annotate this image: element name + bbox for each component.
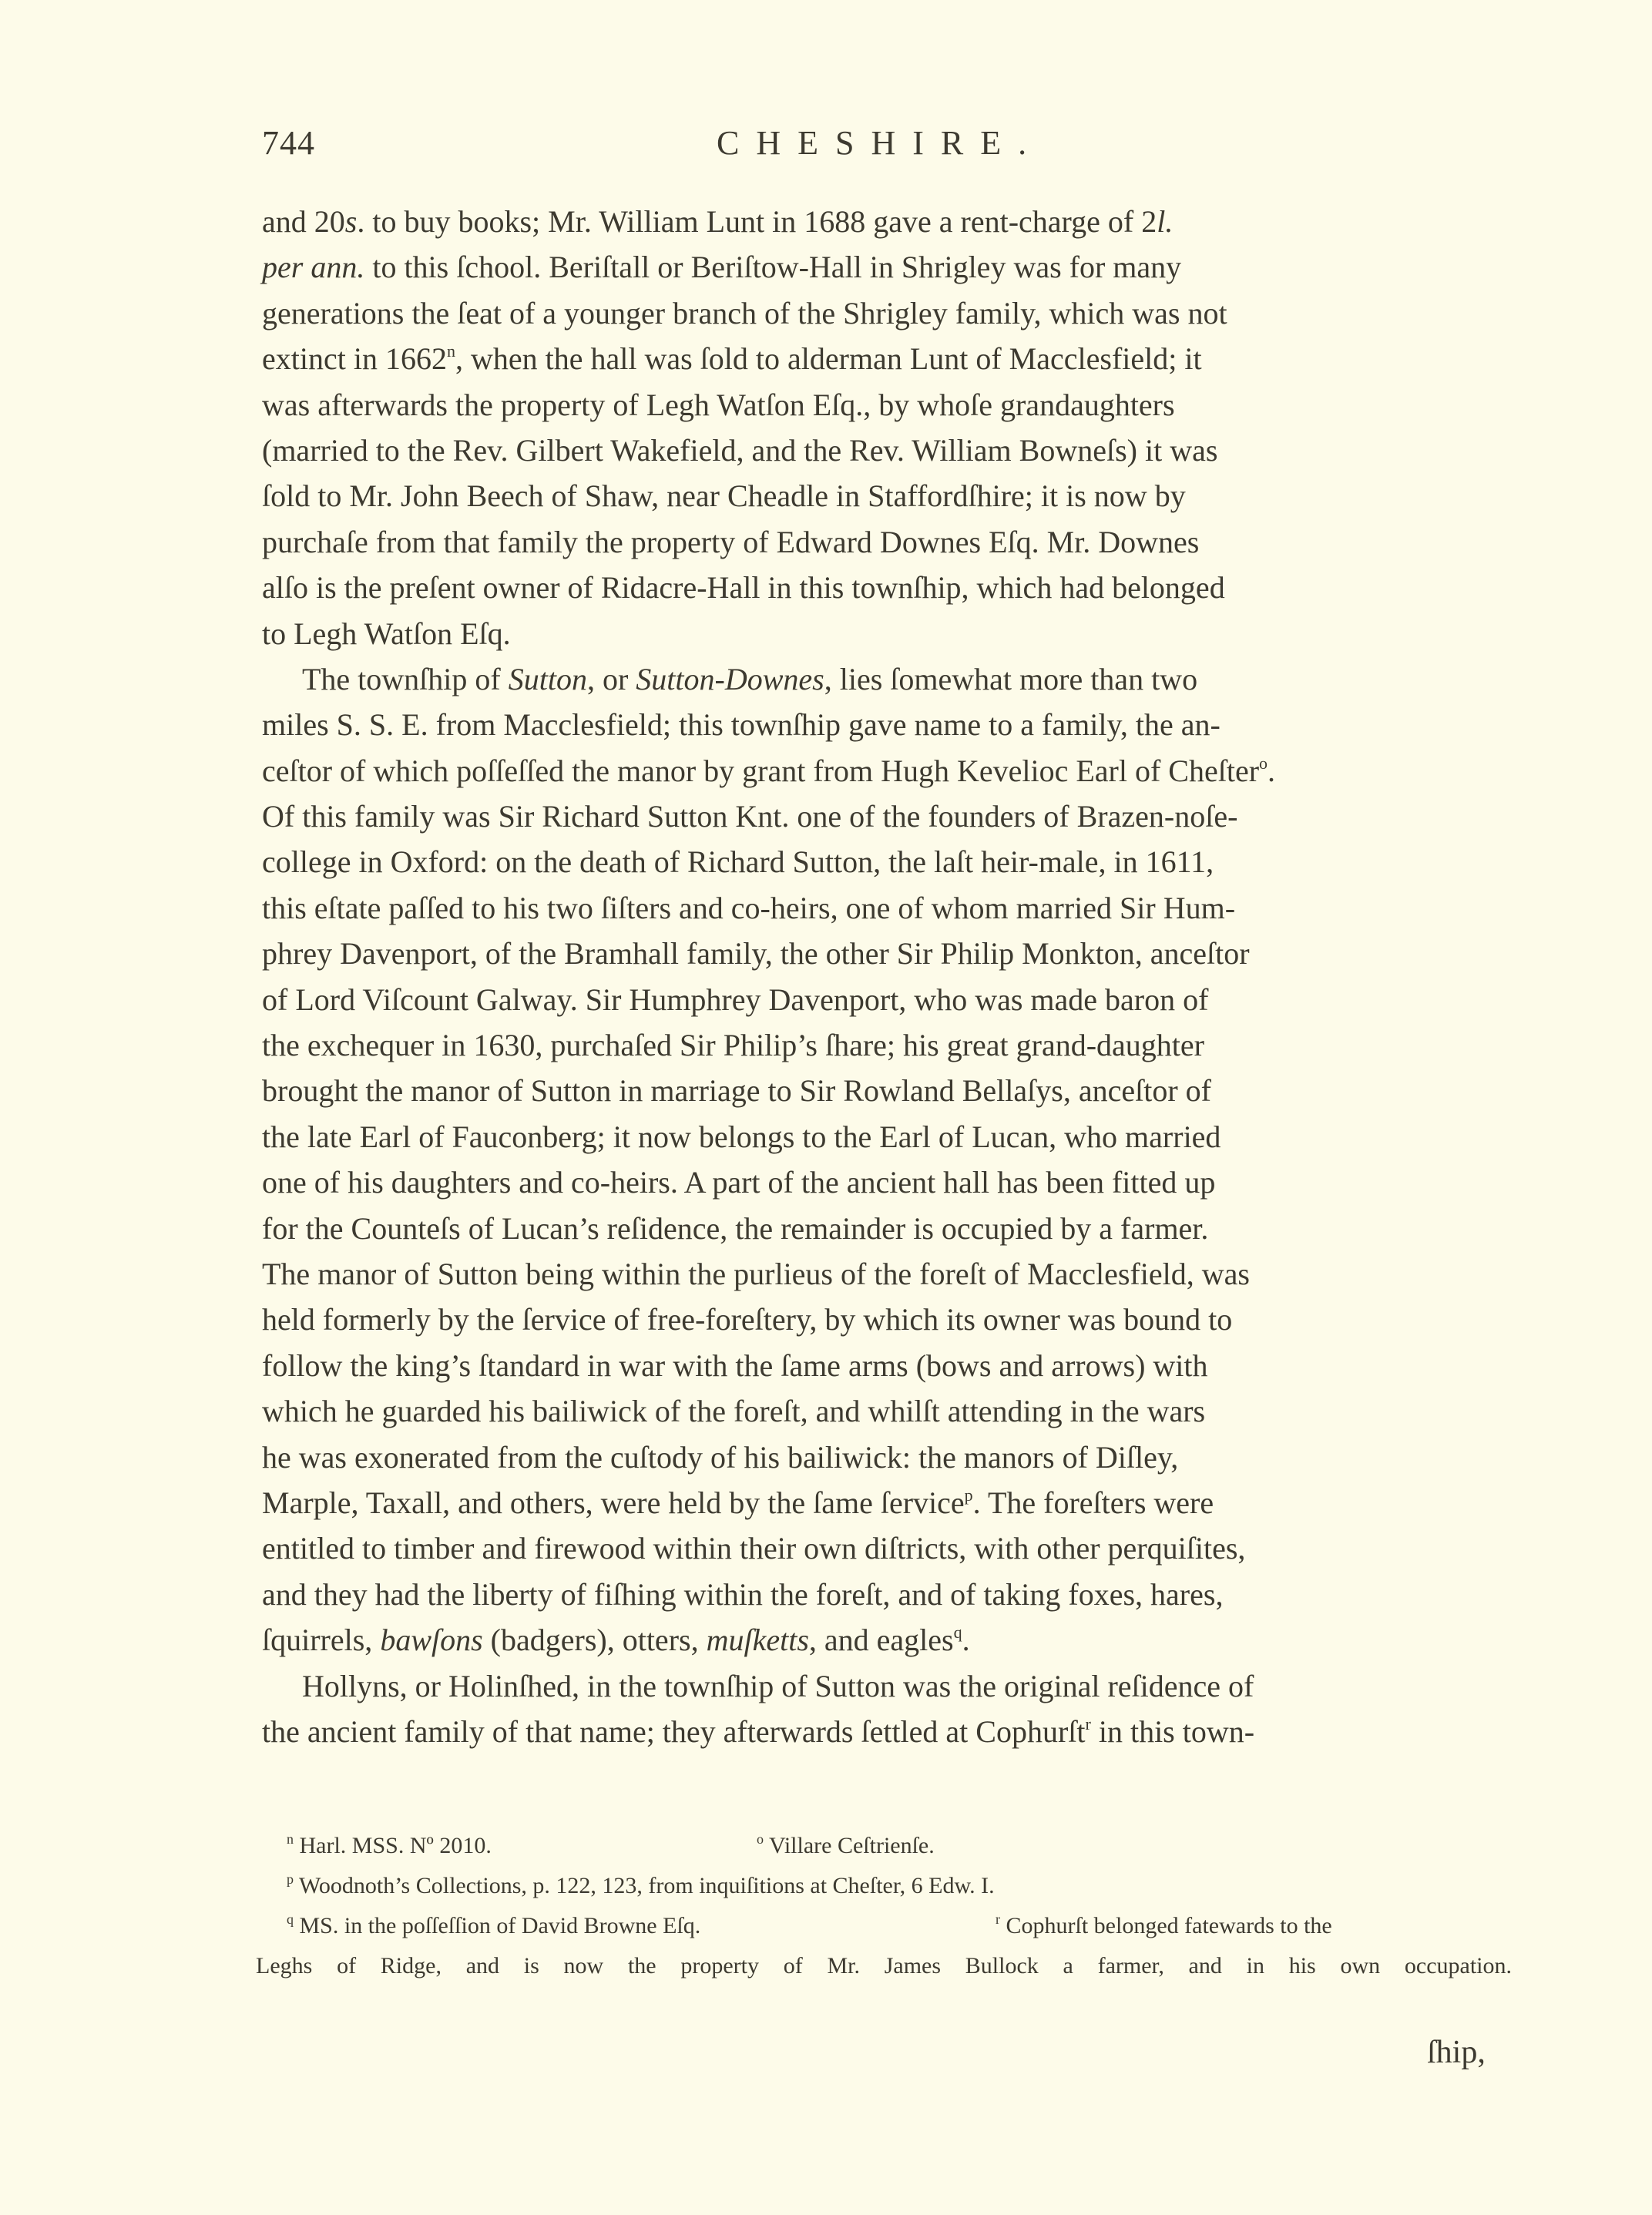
text-segment: phrey Davenport, of the Bramhall family,… bbox=[262, 936, 1250, 971]
footnote-text: Woodnoth’s Collections, p. 122, 123, fro… bbox=[299, 1873, 995, 1898]
text-segment: . bbox=[1268, 753, 1275, 788]
text-line: he was exonerated from the cuſtody of hi… bbox=[262, 1435, 1504, 1480]
text-segment: ceſtor of which poſſeſſed the manor by g… bbox=[262, 753, 1259, 788]
italic-text: bawſons bbox=[380, 1623, 482, 1657]
text-line: ſold to Mr. John Beech of Shaw, near Che… bbox=[262, 473, 1504, 519]
text-segment: ſquirrels, bbox=[262, 1623, 380, 1657]
text-line: and 20s. to buy books; Mr. William Lunt … bbox=[262, 199, 1504, 244]
text-line: follow the king’s ſtandard in war with t… bbox=[262, 1343, 1504, 1388]
text-segment: college in Oxford: on the death of Richa… bbox=[262, 844, 1214, 879]
text-segment: miles S. S. E. from Macclesfield; this t… bbox=[262, 707, 1221, 742]
running-head: 744 CHESHIRE. bbox=[262, 123, 1510, 169]
text-segment: and they had the liberty of fiſhing with… bbox=[262, 1577, 1223, 1612]
text-segment: the late Earl of Fauconberg; it now belo… bbox=[262, 1119, 1221, 1154]
footnote-reference: o bbox=[1259, 753, 1268, 773]
footnote-text: MS. in the poſſeſſion of David Browne Eſ… bbox=[300, 1913, 701, 1938]
text-segment: held formerly by the ſervice of free-for… bbox=[262, 1302, 1232, 1337]
italic-text: l. bbox=[1157, 204, 1173, 239]
text-segment: alſo is the preſent owner of Ridacre-Hal… bbox=[262, 570, 1225, 605]
text-segment: Marple, Taxall, and others, were held by… bbox=[262, 1485, 965, 1520]
text-segment: generations the ſeat of a younger branch… bbox=[262, 296, 1227, 331]
text-segment: one of his daughters and co-heirs. A par… bbox=[262, 1165, 1215, 1200]
text-segment: The manor of Sutton being within the pur… bbox=[262, 1257, 1250, 1291]
text-segment: of Lord Viſcount Galway. Sir Humphrey Da… bbox=[262, 982, 1208, 1017]
text-line: the ancient family of that name; they af… bbox=[262, 1709, 1504, 1754]
text-line: of Lord Viſcount Galway. Sir Humphrey Da… bbox=[262, 977, 1504, 1022]
footnote-row-2: p Woodnoth’s Collections, p. 122, 123, f… bbox=[287, 1866, 1512, 1906]
text-segment: he was exonerated from the cuſtody of hi… bbox=[262, 1440, 1178, 1475]
text-line: was afterwards the property of Legh Watſ… bbox=[262, 382, 1504, 428]
text-line: per ann. to this ſchool. Beriſtall or Be… bbox=[262, 244, 1504, 290]
footnotes: n Harl. MSS. Nº 2010. o Villare Ceſtrien… bbox=[287, 1826, 1512, 1986]
footnote-n: n Harl. MSS. Nº 2010. bbox=[287, 1833, 492, 1858]
text-line: Marple, Taxall, and others, were held by… bbox=[262, 1480, 1504, 1525]
footnote-p: p Woodnoth’s Collections, p. 122, 123, f… bbox=[287, 1873, 995, 1898]
text-segment: , when the hall was ſold to alderman Lun… bbox=[455, 341, 1202, 376]
text-line: The townſhip of Sutton, or Sutton-Downes… bbox=[262, 656, 1504, 702]
text-segment: follow the king’s ſtandard in war with t… bbox=[262, 1348, 1208, 1383]
text-line: extinct in 1662n, when the hall was ſold… bbox=[262, 336, 1504, 381]
page-number: 744 bbox=[262, 123, 315, 163]
footnote-reference: n bbox=[447, 341, 455, 361]
italic-text: Sutton-Downes bbox=[636, 662, 824, 696]
body-text: and 20s. to buy books; Mr. William Lunt … bbox=[262, 199, 1504, 1754]
footnote-q: q MS. in the poſſeſſion of David Browne … bbox=[287, 1913, 700, 1938]
text-segment: to Legh Watſon Eſq. bbox=[262, 616, 511, 651]
text-line: ceſtor of which poſſeſſed the manor by g… bbox=[262, 748, 1504, 794]
text-segment: , or bbox=[587, 662, 636, 696]
footnote-text: Harl. MSS. Nº 2010. bbox=[300, 1833, 492, 1858]
text-segment: and 20 bbox=[262, 204, 345, 239]
text-line: to Legh Watſon Eſq. bbox=[262, 611, 1504, 656]
text-segment: brought the manor of Sutton in marriage … bbox=[262, 1073, 1211, 1108]
footnote-reference: p bbox=[965, 1485, 973, 1505]
text-line: ſquirrels, bawſons (badgers), otters, mu… bbox=[262, 1617, 1504, 1663]
book-page: 744 CHESHIRE. and 20s. to buy books; Mr.… bbox=[0, 0, 1652, 2215]
footnote-row-3: q MS. in the poſſeſſion of David Browne … bbox=[287, 1906, 1512, 1946]
text-line: college in Oxford: on the death of Richa… bbox=[262, 839, 1504, 884]
text-segment: (married to the Rev. Gilbert Wakefield, … bbox=[262, 433, 1217, 468]
text-segment: (badgers), otters, bbox=[483, 1623, 707, 1657]
footnote-o: o Villare Ceſtrienſe. bbox=[757, 1826, 935, 1866]
text-segment: which he guarded his bailiwick of the fo… bbox=[262, 1394, 1205, 1428]
text-segment: . to buy books; Mr. William Lunt in 1688… bbox=[357, 204, 1157, 239]
text-line: phrey Davenport, of the Bramhall family,… bbox=[262, 931, 1504, 976]
footnote-text: Cophurſt belonged fatewards to the bbox=[1006, 1913, 1332, 1938]
text-segment: was afterwards the property of Legh Watſ… bbox=[262, 388, 1175, 422]
text-line: this eſtate paſſed to his two ſiſters an… bbox=[262, 885, 1504, 931]
italic-text: muſketts bbox=[707, 1623, 809, 1657]
italic-text: s bbox=[345, 204, 358, 239]
text-line: Hollyns, or Holinſhed, in the townſhip o… bbox=[262, 1663, 1504, 1709]
text-line: the exchequer in 1630, purchaſed Sir Phi… bbox=[262, 1022, 1504, 1068]
footnote-mark: q bbox=[287, 1911, 294, 1927]
text-segment: The townſhip of bbox=[302, 662, 509, 696]
text-line: Of this family was Sir Richard Sutton Kn… bbox=[262, 794, 1504, 839]
text-line: generations the ſeat of a younger branch… bbox=[262, 290, 1504, 336]
catchword: ſhip, bbox=[1427, 2034, 1486, 2071]
text-segment: . bbox=[962, 1623, 970, 1657]
footnote-reference: r bbox=[1086, 1714, 1091, 1733]
text-line: alſo is the preſent owner of Ridacre-Hal… bbox=[262, 565, 1504, 610]
text-segment: entitled to timber and firewood within t… bbox=[262, 1531, 1245, 1566]
text-segment: Of this family was Sir Richard Sutton Kn… bbox=[262, 799, 1237, 834]
footnote-r: r Cophurſt belonged fatewards to the bbox=[996, 1906, 1332, 1946]
text-segment: this eſtate paſſed to his two ſiſters an… bbox=[262, 891, 1235, 925]
footnote-reference: q bbox=[954, 1623, 962, 1642]
text-line: for the Counteſs of Lucan’s reſidence, t… bbox=[262, 1206, 1504, 1251]
text-line: and they had the liberty of fiſhing with… bbox=[262, 1572, 1504, 1617]
text-segment: Hollyns, or Holinſhed, in the townſhip o… bbox=[302, 1669, 1254, 1703]
text-segment: . The foreſters were bbox=[973, 1485, 1214, 1520]
text-line: held formerly by the ſervice of free-for… bbox=[262, 1297, 1504, 1342]
footnote-row-1: n Harl. MSS. Nº 2010. o Villare Ceſtrien… bbox=[287, 1826, 1512, 1866]
text-line: the late Earl of Fauconberg; it now belo… bbox=[262, 1114, 1504, 1160]
text-line: brought the manor of Sutton in marriage … bbox=[262, 1068, 1504, 1113]
text-line: miles S. S. E. from Macclesfield; this t… bbox=[262, 702, 1504, 747]
footnote-mark: n bbox=[287, 1831, 294, 1847]
text-line: (married to the Rev. Gilbert Wakefield, … bbox=[262, 428, 1504, 473]
footnote-text: Villare Ceſtrienſe. bbox=[769, 1833, 935, 1858]
text-segment: to this ſchool. Beriſtall or Beriſtow-Ha… bbox=[364, 250, 1181, 284]
text-segment: purchaſe from that family the property o… bbox=[262, 525, 1199, 559]
italic-text: per ann. bbox=[262, 250, 364, 284]
text-segment: the exchequer in 1630, purchaſed Sir Phi… bbox=[262, 1028, 1204, 1062]
text-line: purchaſe from that family the property o… bbox=[262, 519, 1504, 565]
text-line: entitled to timber and firewood within t… bbox=[262, 1525, 1504, 1571]
text-segment: the ancient family of that name; they af… bbox=[262, 1714, 1086, 1749]
text-line: which he guarded his bailiwick of the fo… bbox=[262, 1388, 1504, 1434]
text-line: one of his daughters and co-heirs. A par… bbox=[262, 1160, 1504, 1205]
text-segment: ſold to Mr. John Beech of Shaw, near Che… bbox=[262, 478, 1186, 513]
text-segment: in this town- bbox=[1091, 1714, 1254, 1749]
footnote-mark: p bbox=[287, 1871, 294, 1887]
footnote-mark: r bbox=[996, 1911, 1000, 1927]
text-segment: , and eagles bbox=[809, 1623, 954, 1657]
text-segment: , lies ſomewhat more than two bbox=[824, 662, 1197, 696]
italic-text: Sutton bbox=[509, 662, 587, 696]
text-segment: for the Counteſs of Lucan’s reſidence, t… bbox=[262, 1211, 1208, 1246]
running-title: CHESHIRE. bbox=[717, 123, 1043, 163]
text-segment: extinct in 1662 bbox=[262, 341, 447, 376]
footnote-mark: o bbox=[757, 1831, 764, 1847]
footnote-r-continuation: Leghs of Ridge, and is now the property … bbox=[256, 1946, 1512, 1986]
text-line: The manor of Sutton being within the pur… bbox=[262, 1251, 1504, 1297]
